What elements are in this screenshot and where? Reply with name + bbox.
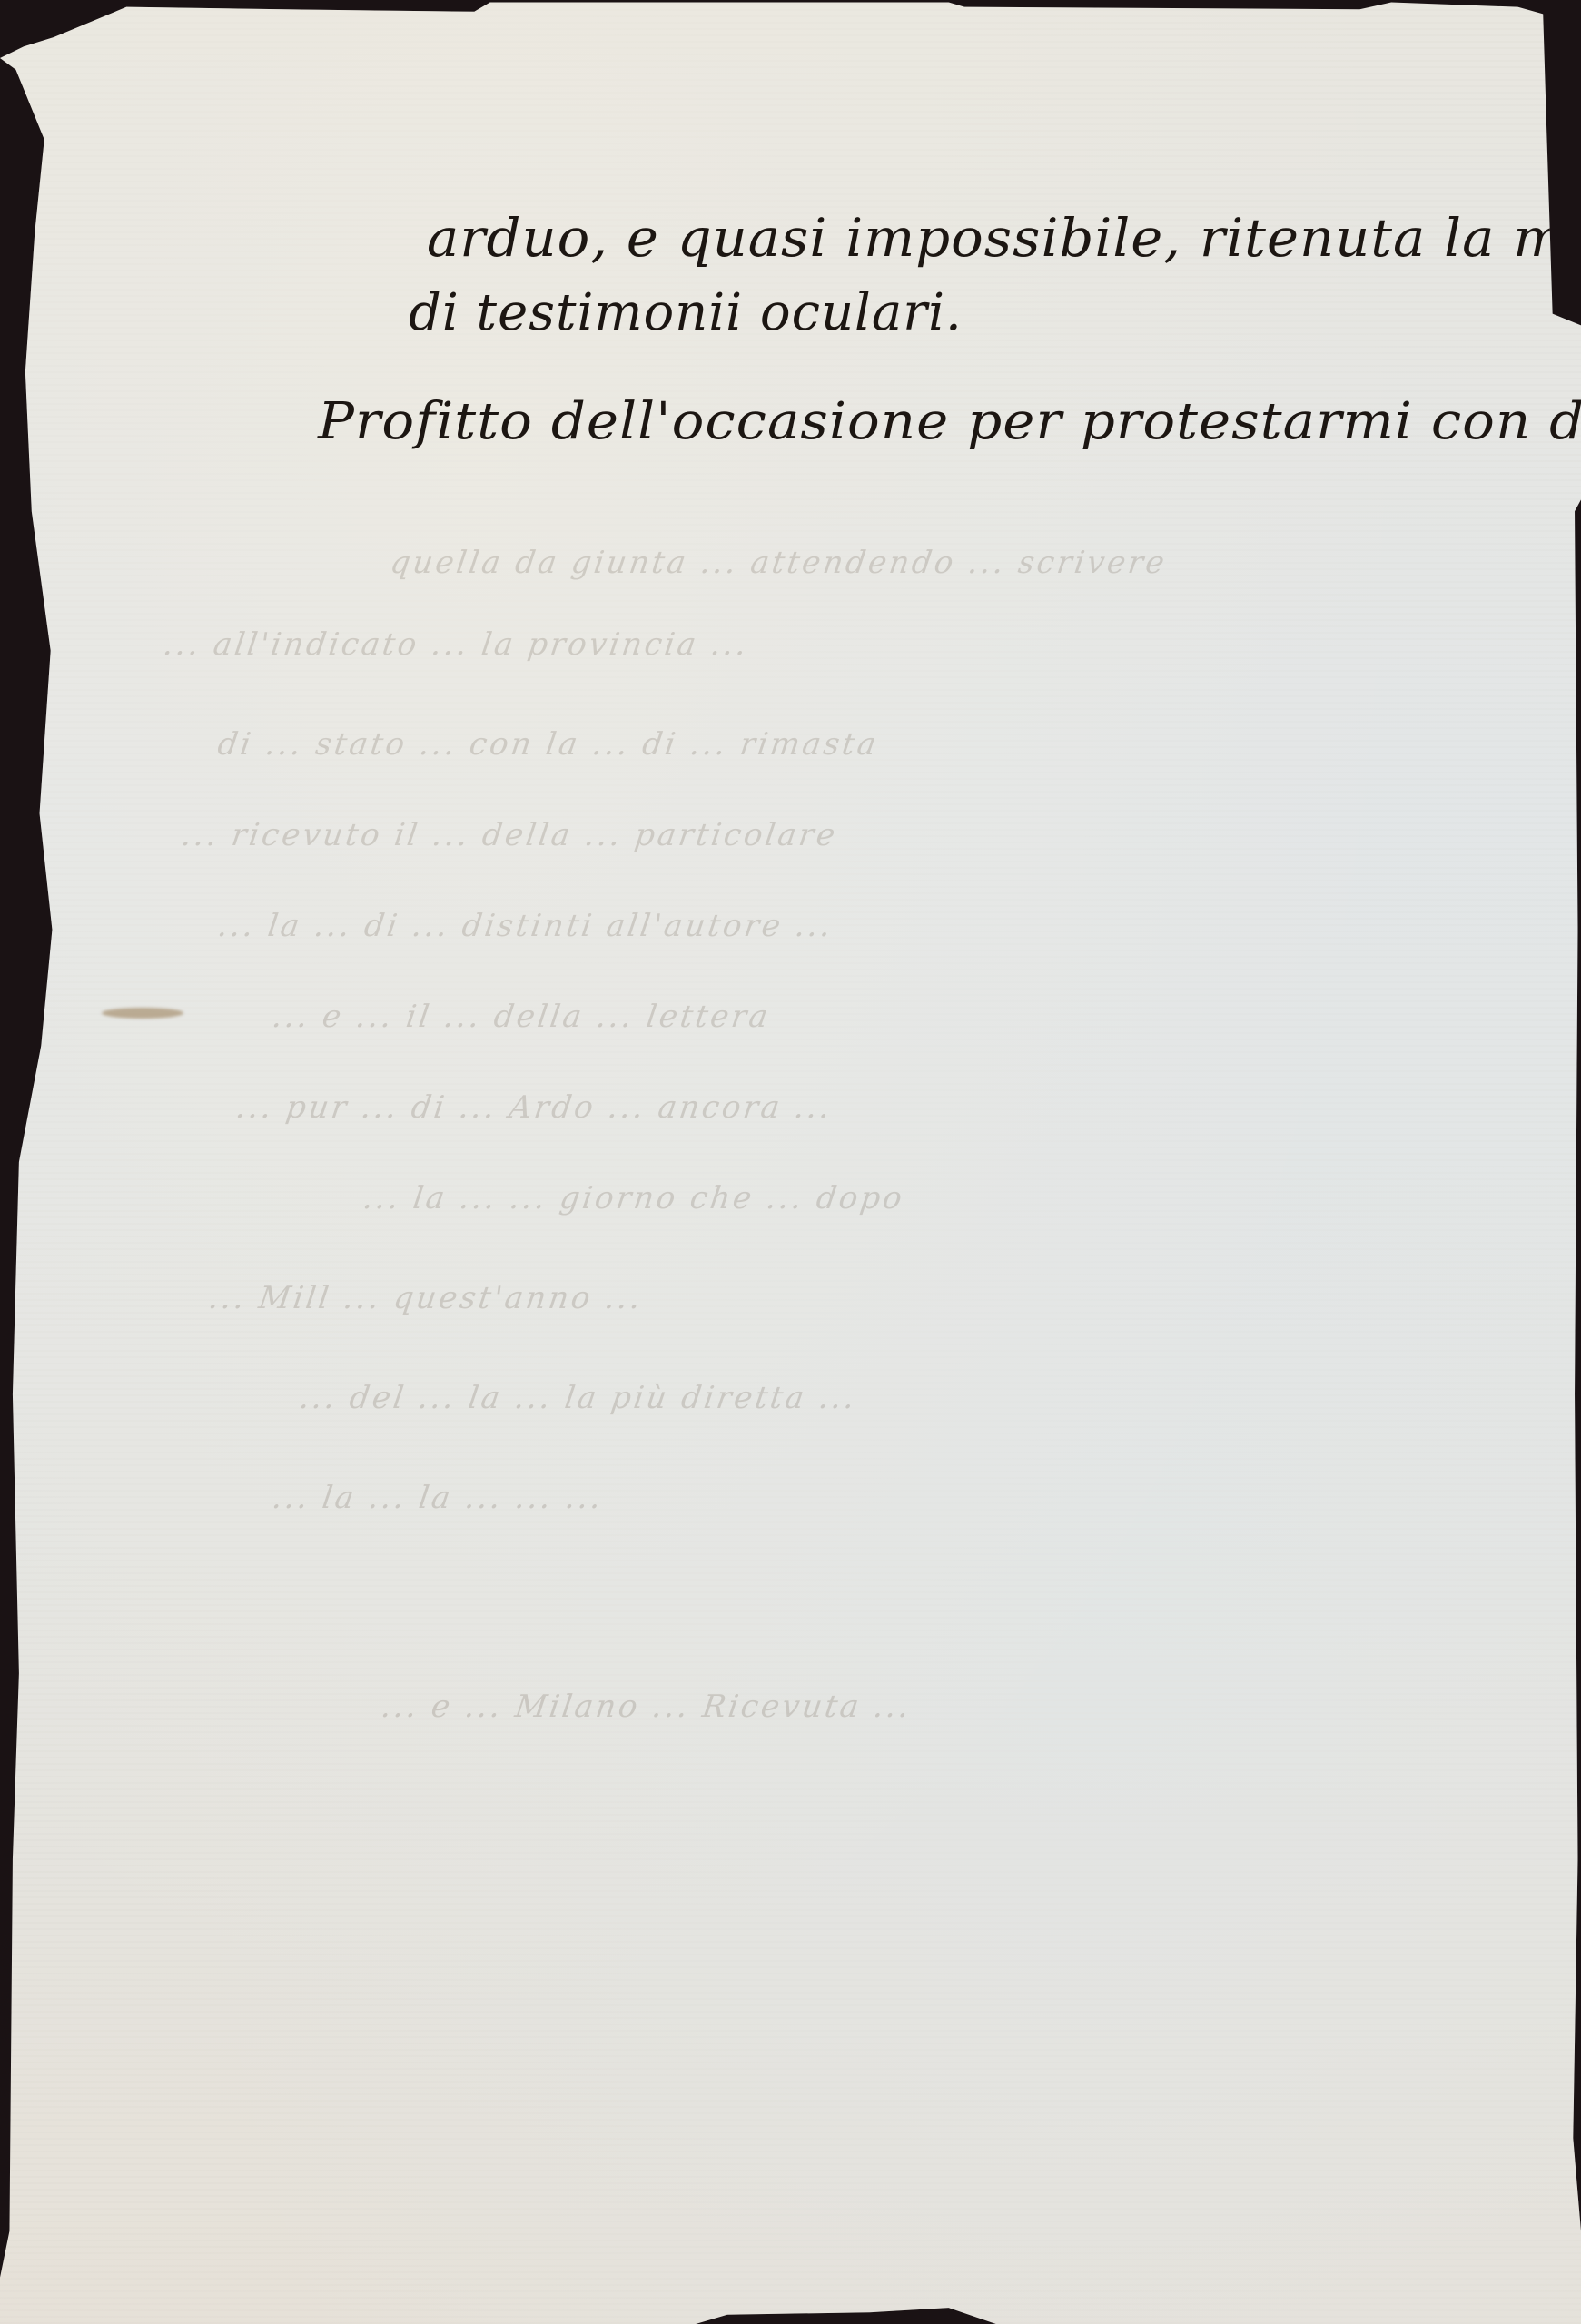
bleed-through-line: ... la ... la ... ... ...	[270, 1480, 606, 1516]
bleed-through-line: ... all'indicato ... la provincia ...	[161, 626, 751, 663]
bleed-through-line: ... ricevuto il ... della ... particolar…	[179, 817, 840, 853]
bleed-through-line: ... e ... il ... della ... lettera	[270, 999, 773, 1035]
bleed-through-line: ... pur ... di ... Ardo ... ancora ...	[233, 1089, 835, 1126]
bleed-through-line: ... la ... ... giorno che ... dopo	[361, 1180, 906, 1216]
bleed-through-line: ... la ... di ... distinti all'autore ..…	[215, 908, 835, 944]
handwritten-line: arduo, e quasi impossibile, ritenuta la …	[427, 207, 1581, 269]
bleed-through-line: di ... stato ... con la ... di ... rimas…	[215, 726, 881, 763]
scan-background: quella da giunta ... attendendo ... scri…	[0, 0, 1581, 2324]
handwritten-line: di testimonii oculari.	[409, 283, 963, 342]
bleed-through-line: ... del ... la ... la più diretta ...	[297, 1380, 859, 1416]
bleed-through-line: ... Mill ... quest'anno ...	[206, 1280, 645, 1316]
bleed-through-line: quella da giunta ... attendendo ... scri…	[388, 545, 1169, 581]
bleed-through-line: ... e ... Milano ... Ricevuta ...	[379, 1689, 914, 1725]
manuscript-page: quella da giunta ... attendendo ... scri…	[0, 0, 1581, 2324]
paper-stain	[102, 1008, 183, 1019]
handwritten-closing-line: Profitto dell'occasione per protestarmi …	[318, 392, 1581, 451]
